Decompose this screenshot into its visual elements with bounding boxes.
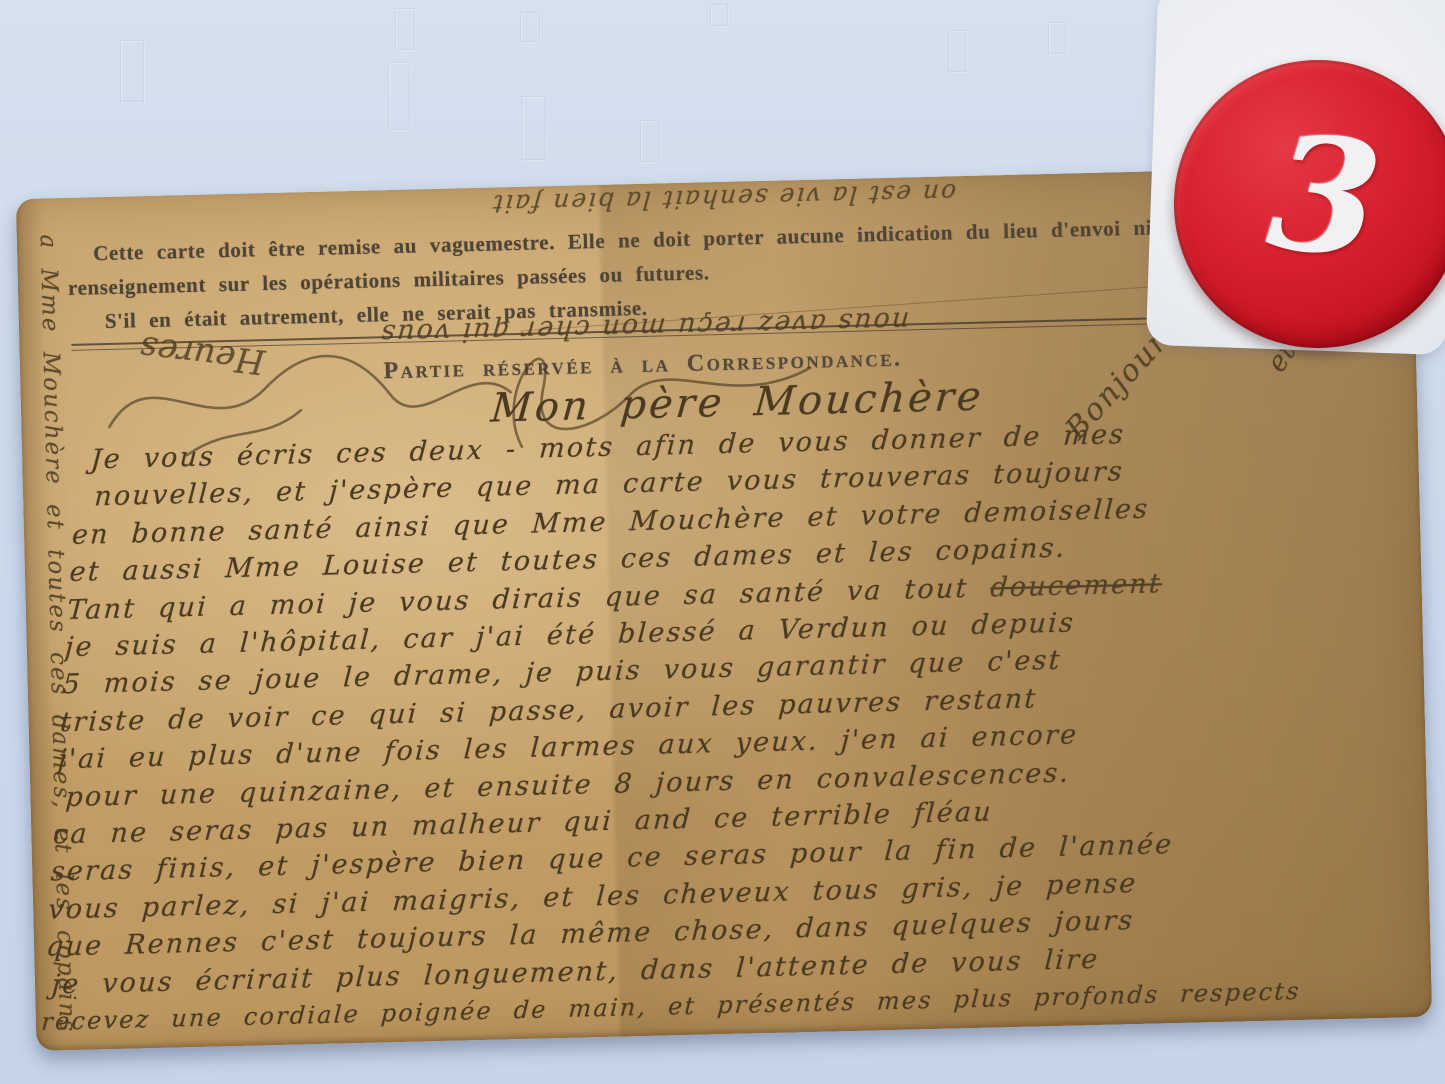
struck-word: doucement bbox=[989, 568, 1163, 603]
embossed-rect bbox=[948, 30, 966, 72]
printed-notice-line-1: Cette carte doit être remise au vaguemes… bbox=[93, 215, 1153, 266]
sticker-number: 3 bbox=[1260, 99, 1389, 294]
embossed-rect bbox=[395, 8, 415, 50]
number-sticker: 3 bbox=[1174, 60, 1445, 348]
embossed-rect bbox=[640, 120, 660, 162]
embossed-rect bbox=[1048, 22, 1066, 54]
embossed-rect bbox=[522, 96, 546, 160]
inverted-top-note: on est la vie senhait la bien fait bbox=[315, 178, 957, 223]
letter-body: Je vous écris ces deux - mots afin de vo… bbox=[40, 409, 1429, 1042]
embossed-rect bbox=[520, 12, 540, 42]
embossed-rect bbox=[388, 62, 410, 130]
embossed-rect bbox=[120, 40, 144, 102]
photo-background: { "scene": { "background_color": "#cddae… bbox=[0, 0, 1445, 1084]
embossed-rect bbox=[710, 4, 728, 26]
